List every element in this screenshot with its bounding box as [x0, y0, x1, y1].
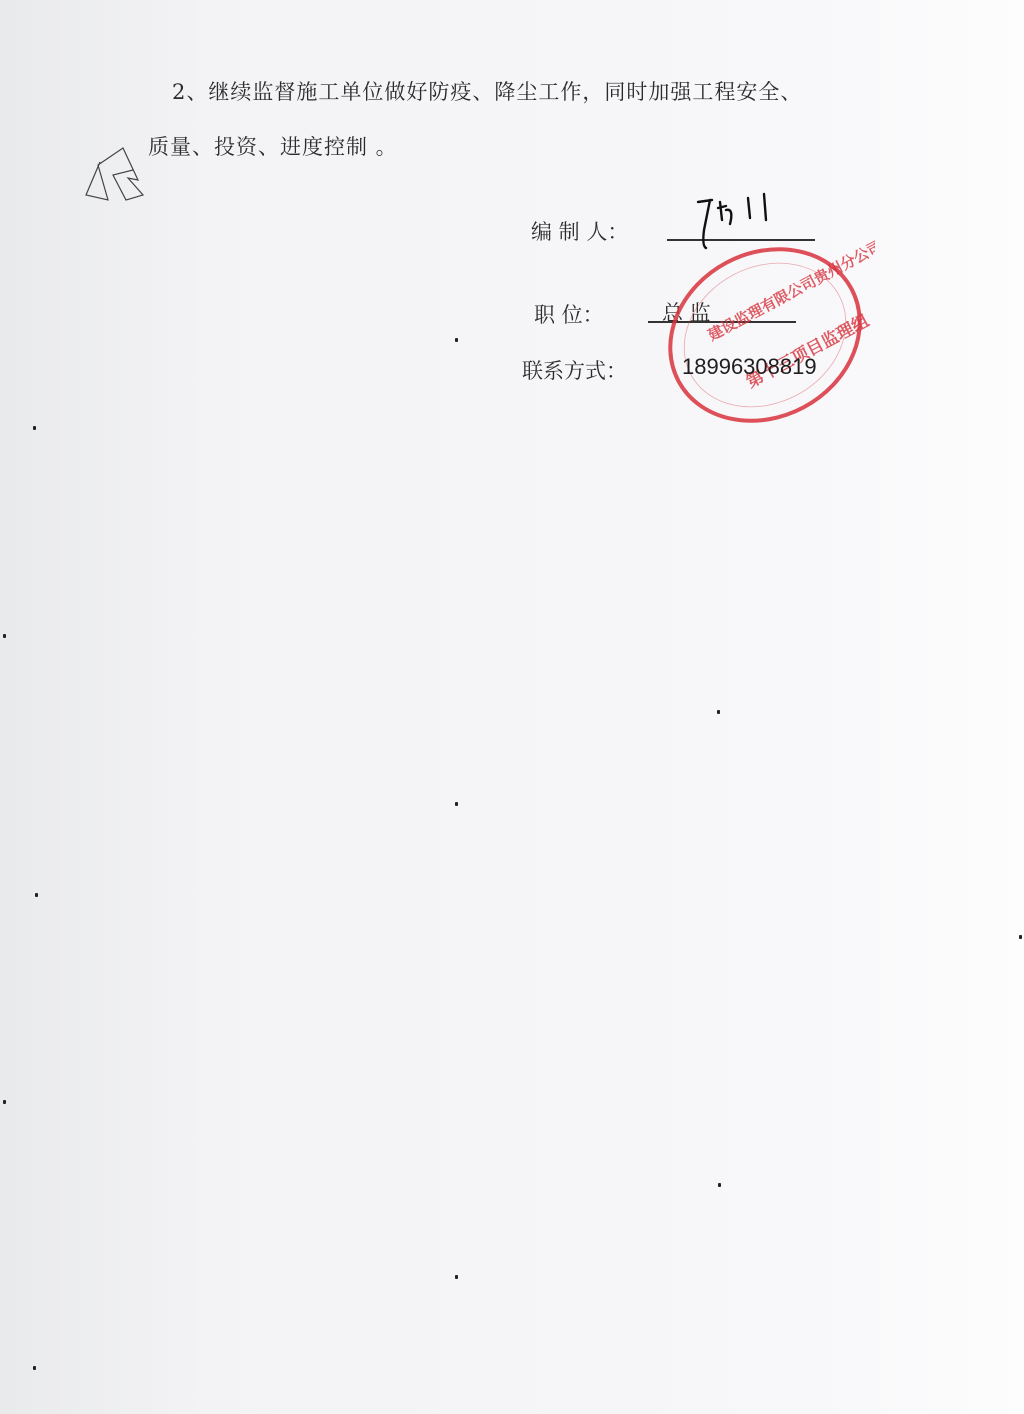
scan-speck — [455, 338, 458, 342]
position-label: 职 位： — [534, 299, 604, 329]
scan-speck — [455, 802, 458, 806]
contact-value: 18996308819 — [682, 354, 817, 380]
contact-label: 联系方式： — [522, 355, 627, 385]
scan-speck — [455, 1275, 458, 1279]
paragraph-item-2-line-2: 质量、投资、进度控制 。 — [148, 131, 398, 161]
scan-speck — [3, 634, 6, 638]
scan-speck — [1019, 935, 1022, 939]
scan-speck — [35, 893, 38, 897]
official-seal: 建设监理有限公司贵州分公司 第十三项目监理组 — [655, 235, 875, 435]
handwritten-mark-icon — [78, 140, 153, 205]
compiler-label: 编 制 人： — [531, 216, 628, 246]
scan-speck — [33, 426, 36, 430]
scan-speck — [33, 1366, 36, 1370]
scan-speck — [3, 1100, 6, 1104]
paragraph-item-2-line-1: 2、继续监督施工单位做好防疫、降尘工作，同时加强工程安全、 — [172, 76, 802, 106]
scan-speck — [718, 1183, 721, 1187]
scan-speck — [717, 710, 720, 714]
